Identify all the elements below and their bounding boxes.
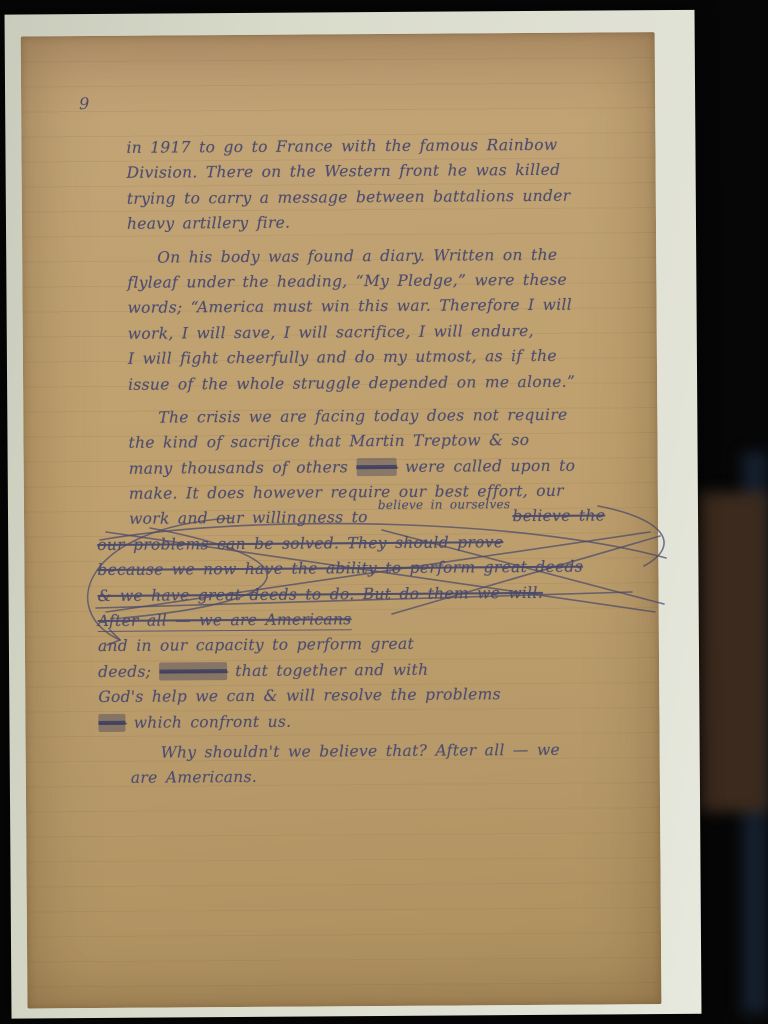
handwritten-text: were called upon to [397,456,576,475]
manuscript-line: The crisis we are facing today does not … [128,402,673,431]
handwritten-text: in 1917 to go to France with the famous … [126,136,557,157]
manuscript-page: 9 in 1917 to go to France with the famou… [21,32,662,1008]
paragraph: our problems can be solved. They should … [97,529,675,635]
manuscript-line: Division. There on the Western front he … [127,157,672,186]
page-number: 9 [79,94,89,113]
handwritten-text: and in our capacity to perform great [98,635,414,655]
manuscript-line: in 1917 to go to France with the famous … [126,132,671,161]
manuscript-text: in 1917 to go to France with the famous … [126,132,676,792]
handwritten-text: which confront us. [125,712,291,731]
manuscript-line: are Americans. [131,762,676,791]
manuscript-line: work and our willingness to believe in o… [129,503,674,532]
handwritten-text: work and our willingness to [129,509,376,529]
manuscript-line: the kind of sacrifice that Martin Trepto… [128,427,673,456]
struck-text: After all — we are Americans [98,610,352,632]
manuscript-line: Why shouldn't we believe that? After all… [131,737,676,766]
mount-wrapper: 9 in 1917 to go to France with the famou… [0,0,768,1024]
handwritten-text: God's help we can & will resolve the pro… [98,685,501,706]
manuscript-line: many thousands of others ——— were called… [129,453,674,482]
manuscript-line: flyleaf under the heading, “My Pledge,” … [127,267,672,296]
handwritten-text: are Americans. [131,768,257,787]
paragraph: The crisis we are facing today does not … [128,402,674,533]
paragraph: in 1917 to go to France with the famous … [126,132,672,237]
handwritten-text: flyleaf under the heading, “My Pledge,” … [127,271,567,292]
handwritten-text: Why shouldn't we believe that? After all… [161,741,560,762]
manuscript-line: On his body was found a diary. Written o… [127,242,672,271]
paragraph: Why shouldn't we believe that? After all… [131,737,676,792]
handwritten-text: that together and with [227,661,428,680]
scribbled-out-text: ————— [159,662,227,680]
handwritten-text: On his body was found a diary. Written o… [157,245,557,266]
struck-text: believe the [512,507,605,526]
handwritten-text: The crisis we are facing today does not … [158,406,567,427]
scribbled-out-text: —— [98,713,125,731]
handwritten-text: Division. There on the Western front he … [127,161,561,182]
handwritten-text: words; “America must win this war. There… [128,296,573,317]
manuscript-line: —— which confront us. [98,707,675,736]
scribbled-out-text: ——— [356,458,397,476]
handwritten-text: the kind of sacrifice that Martin Trepto… [128,431,529,452]
handwritten-text: I will fight cheerfully and do my utmost… [128,347,557,368]
manuscript-line: trying to carry a message between battal… [127,183,672,212]
struck-text: because we now have the ability to perfo… [97,558,583,579]
handwritten-text: issue of the whole struggle depended on … [128,372,575,393]
handwritten-text: heavy artillery fire. [127,214,290,233]
manuscript-line: work, I will save, I will sacrifice, I w… [128,318,673,347]
manuscript-line: words; “America must win this war. There… [127,292,672,321]
handwritten-text: work, I will save, I will sacrifice, I w… [128,322,534,343]
struck-text: our problems can be solved. They should … [97,533,503,554]
manuscript-line: I will fight cheerfully and do my utmost… [128,343,673,372]
display-case: 9 in 1917 to go to France with the famou… [0,0,768,1024]
paragraph: and in our capacity to perform greatdeed… [98,630,676,736]
paragraph: On his body was found a diary. Written o… [127,242,673,398]
handwritten-text: many thousands of others [129,458,357,478]
handwritten-text: trying to carry a message between battal… [127,186,571,207]
handwritten-text: deeds; [98,662,160,680]
inserted-text: believe in ourselves [378,493,511,519]
manuscript-line: issue of the whole struggle depended on … [128,368,673,397]
struck-text: & we have great deeds to do. But do them… [98,584,543,605]
manuscript-line: heavy artillery fire. [127,208,672,237]
